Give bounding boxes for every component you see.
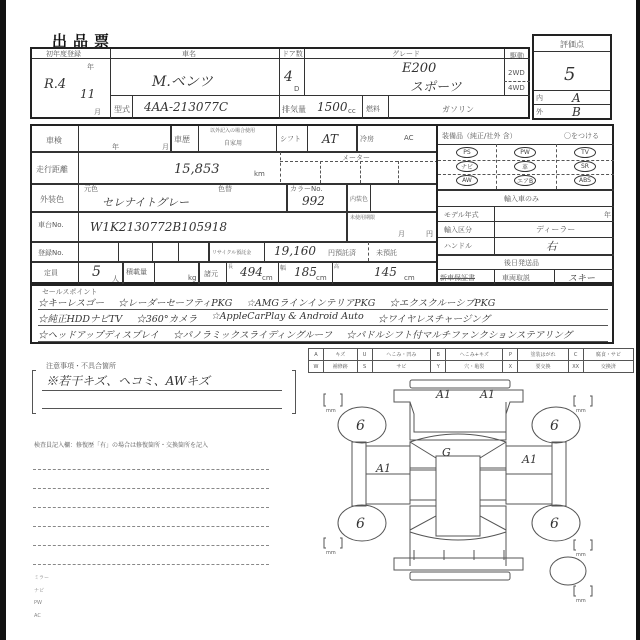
width-unit: cm <box>316 274 327 282</box>
bottom-label: AC <box>34 613 41 619</box>
details-block: 車検 年 月 車歴 以外記入の場合使用 自家用 シフト AT 冷房 AC 走行距… <box>30 124 438 284</box>
overall-score: 5 <box>564 64 575 85</box>
doors-label: ドア数 <box>282 49 303 59</box>
damage-right-side: A1 <box>521 453 537 466</box>
sales-point: ☆AppleCarPlay & Android Auto <box>211 311 364 325</box>
height-value: 145 <box>374 265 397 279</box>
model-label: 型式 <box>114 104 130 115</box>
score-header: 評価点 <box>560 39 584 50</box>
equipment-1: PW <box>514 147 536 158</box>
legend-code: P <box>503 349 518 361</box>
equipment-3: ナビ <box>456 161 478 172</box>
spare-key-value: スキー <box>568 271 595 284</box>
tire-front-right: 6 <box>550 418 559 434</box>
recycle-fee-label: リサイクル預託金 <box>212 249 251 256</box>
fuel-type: ガソリン <box>442 104 474 115</box>
equipment-block: 装備品（純正/社外 含） 〇をつける PSPWTVナビ革SRAWエアBABS 輸… <box>436 124 614 284</box>
notes-text: ※若干キズ、ヘコミ、AWキズ <box>46 372 210 389</box>
import-type-label: 輸入区分 <box>444 225 472 235</box>
delivery-header: 後日発送品 <box>504 258 539 268</box>
legend-meaning: キズ <box>324 349 358 361</box>
equipment-2: TV <box>574 147 596 158</box>
capacity-unit: 人 <box>112 274 119 284</box>
sales-point: ☆パドルシフト付マルチファンクションステアリング <box>346 327 572 341</box>
sales-point: ☆レーダーセーフティPKG <box>118 295 232 309</box>
month-unit: 月 <box>94 107 101 117</box>
equipment-note: 〇をつける <box>564 131 599 141</box>
handle-side: 右 <box>546 238 557 254</box>
history-note: 以外記入の場合使用 <box>210 127 255 134</box>
sales-point: ☆ワイヤレスチャージング <box>378 311 490 325</box>
ac-value: AC <box>404 134 414 142</box>
equipment-5: SR <box>574 161 596 172</box>
scan-border-left <box>0 0 6 640</box>
exterior-color-label: 外装色 <box>40 194 64 205</box>
shift-type: AT <box>322 132 338 146</box>
mileage-value: 15,853 <box>174 162 220 177</box>
car-damage-diagram: mm mm mm mm mm A1 A1 G A1 A1 6 6 6 6 <box>310 370 640 630</box>
recycle-paid-label: 円預託済 <box>328 248 356 258</box>
sales-points-block: セールスポイント ☆キーレスゴー☆レーダーセーフティPKG☆AMGラインインテリ… <box>30 284 614 344</box>
equipment-8: ABS <box>574 175 596 186</box>
first-reg-year: R.4 <box>44 77 66 92</box>
svg-text:mm: mm <box>576 552 586 558</box>
legend-code: U <box>357 349 372 361</box>
damage-left-side: A1 <box>375 462 391 475</box>
car-name: M.ベンツ <box>152 71 213 91</box>
exterior-grade: B <box>572 105 581 119</box>
equipment-7: エアB <box>514 175 536 186</box>
first-reg-month: 11 <box>80 87 95 101</box>
import-type: ディーラー <box>536 224 575 235</box>
capacity-value: 5 <box>92 264 101 280</box>
year-unit: 年 <box>87 62 94 72</box>
dimensions-label: 諸元 <box>204 269 218 279</box>
recycle-month-unit: 月 <box>398 229 405 239</box>
equipment-header: 装備品（純正/社外 含） <box>442 131 517 141</box>
height-unit: cm <box>404 274 415 282</box>
equipment-0: PS <box>456 147 478 158</box>
exterior-color: セレナイトグレー <box>102 194 189 210</box>
recycle-unpaid-label: 未預託 <box>376 248 397 258</box>
shift-label: シフト <box>280 134 301 144</box>
ac-label: 冷房 <box>360 134 374 144</box>
legend-code: A <box>309 349 324 361</box>
score-box: 評価点 5 内 A 外 B <box>532 34 612 120</box>
legend-meaning: へこみ・凹み <box>372 349 431 361</box>
sales-point: ☆キーレスゴー <box>38 295 104 309</box>
sales-point: ☆パノラミックスライディングルーフ <box>173 327 332 341</box>
interior-color-label: 内装色 <box>350 194 368 203</box>
doors-unit: D <box>294 85 299 93</box>
bottom-label: ミラー <box>34 574 49 581</box>
history-label: 車歴 <box>174 134 190 145</box>
chassis-number: W1K2130772B105918 <box>90 220 227 234</box>
legend-meaning: 塗装はがれ <box>518 349 568 361</box>
svg-text:mm: mm <box>326 550 336 556</box>
svg-text:mm: mm <box>326 408 336 414</box>
registration-label: 登録No. <box>38 248 64 258</box>
load-label: 積載量 <box>126 267 147 277</box>
tire-front-left: 6 <box>356 418 365 434</box>
damage-front-right: A1 <box>479 388 495 401</box>
inspector-note: 検査員記入欄：修復歴「有」の場合は修復箇所・交換箇所を記入 <box>34 440 208 449</box>
load-unit: kg <box>188 274 197 282</box>
mileage-label: 走行距離 <box>36 164 68 175</box>
drive-label: 駆動 <box>510 51 524 61</box>
svg-text:mm: mm <box>576 408 586 414</box>
damage-front-left: A1 <box>435 388 451 401</box>
sales-point-line: ☆キーレスゴー☆レーダーセーフティPKG☆AMGラインインテリアPKG☆エクスク… <box>38 295 608 310</box>
bottom-label: ナビ <box>34 587 44 594</box>
drive-4wd: 4WD <box>508 84 525 92</box>
fuel-label: 燃料 <box>366 104 380 114</box>
sales-point: ☆AMGラインインテリアPKG <box>246 295 375 309</box>
equipment-6: AW <box>456 175 478 186</box>
width-value: 185 <box>294 265 317 279</box>
displacement-unit: cc <box>348 107 356 115</box>
grade-line1: E200 <box>402 61 436 76</box>
equipment-4: 革 <box>514 161 536 172</box>
recycle-expiry-label: 未使用期限 <box>350 214 375 221</box>
door-count: 4 <box>284 69 293 85</box>
legend-code: B <box>431 349 446 361</box>
notes-label: 注意事項・不具合箇所 <box>46 361 116 371</box>
legend-meaning: 腐食・サビ <box>583 349 633 361</box>
color-number: 992 <box>302 194 325 208</box>
recycle-yen-unit: 円 <box>426 229 433 239</box>
model-code: 4AA-213077C <box>144 100 228 114</box>
import-header: 輸入車のみ <box>504 194 539 204</box>
legend-meaning: へこみ+キズ <box>446 349 503 361</box>
model-year-label: モデル年式 <box>444 210 479 220</box>
recycle-fee: 19,160 <box>274 244 316 258</box>
color-no-label: カラーNo. <box>290 184 323 194</box>
tire-rear-right: 6 <box>550 516 559 532</box>
interior-label: 内 <box>536 93 543 103</box>
svg-text:mm: mm <box>576 598 586 604</box>
drive-2wd: 2WD <box>508 69 525 77</box>
length-unit: cm <box>262 274 273 282</box>
sales-point: ☆純正HDDナビTV <box>38 311 122 325</box>
capacity-label: 定員 <box>44 268 58 278</box>
grade-label: グレード <box>392 49 420 59</box>
vehicle-header: 初年度登録 年 R.4 11 月 車名 M.ベンツ ドア数 4 D グレード E… <box>30 47 530 119</box>
sales-point: ☆ヘッドアップディスプレイ <box>38 327 159 341</box>
height-label: 高 <box>334 263 339 270</box>
interior-grade: A <box>572 91 581 105</box>
damage-windshield: G <box>442 446 451 459</box>
bottom-label: PW <box>34 600 42 606</box>
history-value: 自家用 <box>224 138 242 147</box>
legend-code: C <box>568 349 583 361</box>
original-color-label: 元色 <box>84 184 98 194</box>
grade-line2: スポーツ <box>410 76 461 95</box>
width-label: 幅 <box>280 263 286 272</box>
warranty-label: 新車保証書 <box>440 273 475 283</box>
exterior-label: 外 <box>536 107 543 117</box>
tire-rear-left: 6 <box>356 516 365 532</box>
sales-point-line: ☆ヘッドアップディスプレイ☆パノラミックスライディングルーフ☆パドルシフト付マル… <box>38 327 608 342</box>
sales-point: ☆エクスクルーシブPKG <box>389 295 495 309</box>
displacement: 1500 <box>317 100 348 114</box>
sales-point-line: ☆純正HDDナビTV☆360°カメラ☆AppleCarPlay & Androi… <box>38 311 608 326</box>
color-change-label: 色替 <box>218 184 232 194</box>
displacement-label: 排気量 <box>282 104 306 115</box>
handle-label: ハンドル <box>444 241 472 251</box>
mileage-unit: km <box>254 170 265 178</box>
length-label: 長 <box>228 263 233 270</box>
name-label: 車名 <box>182 49 196 59</box>
sales-point: ☆360°カメラ <box>136 311 197 325</box>
manual-label: 車両取説 <box>502 273 530 283</box>
model-year-unit: 年 <box>604 210 611 220</box>
inspection-label: 車検 <box>46 135 62 146</box>
length-value: 494 <box>240 265 263 279</box>
chassis-label: 車台No. <box>38 220 64 230</box>
first-reg-label: 初年度登録 <box>46 49 81 59</box>
